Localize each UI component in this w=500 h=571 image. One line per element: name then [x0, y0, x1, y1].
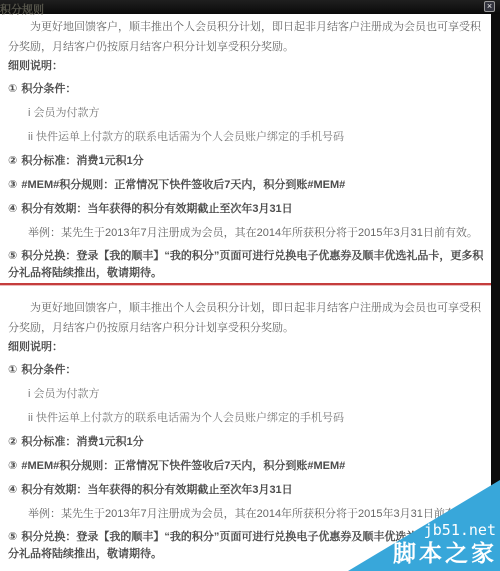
rule-item-5: ⑤积分兑换：登录【我的顺丰】“我的积分”页面可进行兑换电子优惠券及顺丰优选礼品卡… — [8, 248, 485, 282]
rule-item-3: ③#MEM#积分规则：正常情况下快件签收后7天内，积分到账#MEM# — [8, 460, 485, 473]
item-number: ② — [8, 155, 17, 167]
rule-subitem-ii: ii 快件运单上付款方的联系电话需为个人会员账户绑定的手机号码 — [8, 131, 485, 144]
rule-example: 举例：某先生于2013年7月注册成为会员，其在2014年所获积分将于2015年3… — [8, 227, 485, 240]
rule-subitem-i: i 会员为付款方 — [8, 107, 485, 120]
dialog-title: 积分规则 — [0, 1, 44, 17]
rule-item-3: ③#MEM#积分规则：正常情况下快件签收后7天内，积分到账#MEM# — [8, 179, 485, 192]
item-number: ⑤ — [8, 531, 17, 543]
rule-item-2: ②积分标准：消费1元积1分 — [8, 436, 485, 449]
item-number: ③ — [8, 460, 17, 472]
item-number: ④ — [8, 484, 17, 496]
rule-text: #MEM#积分规则：正常情况下快件签收后7天内，积分到账#MEM# — [21, 460, 345, 472]
rule-text: #MEM#积分规则：正常情况下快件签收后7天内，积分到账#MEM# — [21, 179, 345, 191]
item-number: ② — [8, 436, 17, 448]
item-number: ① — [8, 364, 17, 376]
item-number: ④ — [8, 203, 17, 215]
red-divider-line — [0, 283, 500, 285]
item-number: ③ — [8, 179, 17, 191]
rule-text: 积分标准：消费1元积1分 — [21, 155, 143, 167]
rule-subitem-i: i 会员为付款方 — [8, 388, 485, 401]
rule-item-4: ④积分有效期：当年获得的积分有效期截止至次年3月31日 — [8, 203, 485, 216]
intro-paragraph: 为更好地回馈客户，顺丰推出个人会员积分计划，即日起非月结客户注册成为会员也可享受… — [8, 298, 485, 338]
detail-heading: 细则说明： — [8, 60, 485, 73]
rule-example: 举例：某先生于2013年7月注册成为会员，其在2014年所获积分将于2015年3… — [8, 508, 485, 521]
rules-section-bottom: 为更好地回馈客户，顺丰推出个人会员积分计划，即日起非月结客户注册成为会员也可享受… — [8, 295, 485, 563]
rule-item-4: ④积分有效期：当年获得的积分有效期截止至次年3月31日 — [8, 484, 485, 497]
points-rules-dialog: 积分规则 × 为更好地回馈客户，顺丰推出个人会员积分计划，即日起非月结客户注册成… — [0, 0, 500, 571]
rule-text: 积分条件： — [21, 364, 76, 376]
item-number: ⑤ — [8, 250, 17, 262]
rule-text: 积分有效期：当年获得的积分有效期截止至次年3月31日 — [21, 203, 292, 215]
rule-text: 积分标准：消费1元积1分 — [21, 436, 143, 448]
rule-text: 积分条件： — [21, 83, 76, 95]
rule-text: 积分有效期：当年获得的积分有效期截止至次年3月31日 — [21, 484, 292, 496]
rules-section-top: 为更好地回馈客户，顺丰推出个人会员积分计划，即日起非月结客户注册成为会员也可享受… — [8, 14, 485, 282]
intro-paragraph: 为更好地回馈客户，顺丰推出个人会员积分计划，即日起非月结客户注册成为会员也可享受… — [8, 17, 485, 57]
rule-text: 积分兑换：登录【我的顺丰】“我的积分”页面可进行兑换电子优惠券及顺丰优选礼品卡，… — [8, 250, 483, 279]
rule-subitem-ii: ii 快件运单上付款方的联系电话需为个人会员账户绑定的手机号码 — [8, 412, 485, 425]
close-icon[interactable]: × — [484, 1, 495, 12]
dialog-content: 为更好地回馈客户，顺丰推出个人会员积分计划，即日起非月结客户注册成为会员也可享受… — [0, 14, 491, 571]
item-number: ① — [8, 83, 17, 95]
rule-item-1: ①积分条件： — [8, 364, 485, 377]
rule-item-2: ②积分标准：消费1元积1分 — [8, 155, 485, 168]
detail-heading: 细则说明： — [8, 341, 485, 354]
dialog-titlebar: 积分规则 — [0, 0, 500, 14]
rule-item-1: ①积分条件： — [8, 83, 485, 96]
